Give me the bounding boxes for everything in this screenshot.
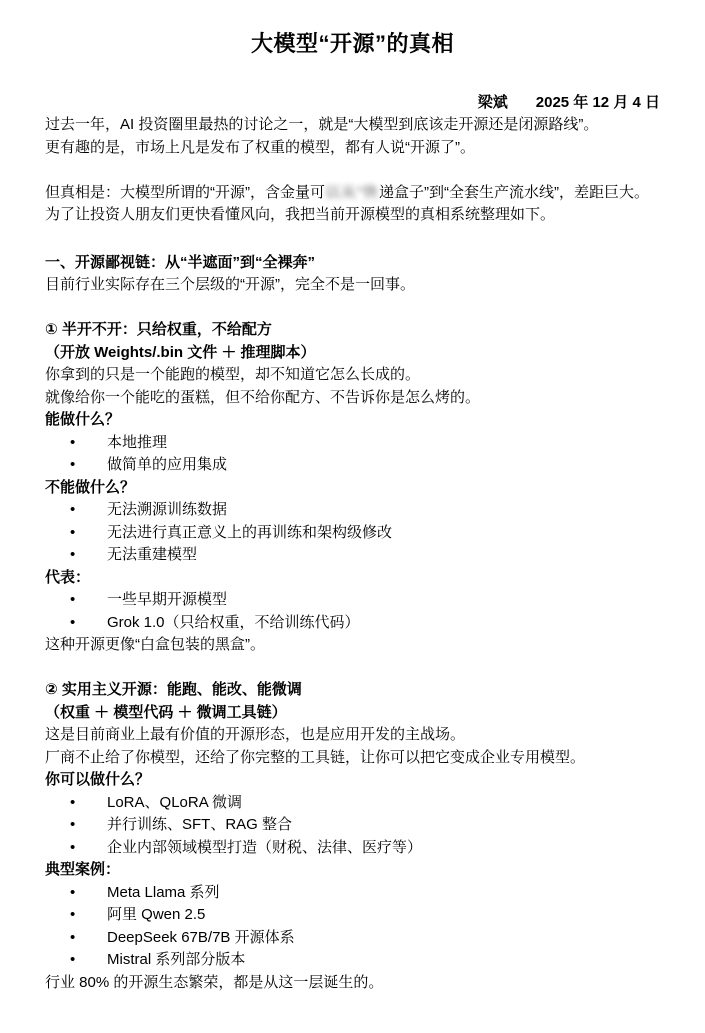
intro-paragraph2-line1: 但真相是：大模型所谓的“开源”，含金量可以从“快递盒子”到“全套生产流水线”，差…: [45, 182, 660, 205]
list-item-text: 企业内部领域模型打造（财税、法律、医疗等）: [107, 839, 422, 856]
bullet-icon: •: [70, 499, 75, 522]
tier1-can-list: •本地推理 •做简单的应用集成: [45, 432, 660, 477]
tier2-closing: 行业 80% 的开源生态繁荣，都是从这一层诞生的。: [45, 972, 660, 995]
list-item: •无法重建模型: [45, 544, 660, 567]
paragraph2-text-post: 递盒子”到“全套生产流水线”，差距巨大。: [379, 184, 649, 201]
list-item: •Meta Llama 系列: [45, 882, 660, 905]
tier2-can-label: 你可以做什么？: [45, 769, 660, 792]
byline-date: 2025 年 12 月 4 日: [536, 94, 660, 111]
tier2-cases-list: •Meta Llama 系列 •阿里 Qwen 2.5 •DeepSeek 67…: [45, 882, 660, 972]
list-item: •Mistral 系列部分版本: [45, 949, 660, 972]
tier2-desc2: 厂商不止给了你模型，还给了你完整的工具链，让你可以把它变成企业专用模型。: [45, 747, 660, 770]
list-item-text: 做简单的应用集成: [107, 456, 227, 473]
tier2-desc1: 这是目前商业上最有价值的开源形态，也是应用开发的主战场。: [45, 724, 660, 747]
intro-paragraph1-line1: 过去一年，AI 投资圈里最热的讨论之一，就是“大模型到底该走开源还是闭源路线”。: [45, 114, 660, 137]
bullet-icon: •: [70, 544, 75, 567]
list-item: •阿里 Qwen 2.5: [45, 904, 660, 927]
blank-line: [45, 297, 660, 320]
list-item: •本地推理: [45, 432, 660, 455]
list-item: •企业内部领域模型打造（财税、法律、医疗等）: [45, 837, 660, 860]
intro-paragraph1-line2: 更有趣的是，市场上凡是发布了权重的模型，都有人说“开源了”。: [45, 137, 660, 160]
bullet-icon: •: [70, 904, 75, 927]
list-item-text: 无法进行真正意义上的再训练和架构级修改: [107, 524, 392, 541]
tier2-can-list: •LoRA、QLoRA 微调 •并行训练、SFT、RAG 整合 •企业内部领域模…: [45, 792, 660, 860]
bullet-icon: •: [70, 882, 75, 905]
list-item-text: Grok 1.0（只给权重，不给训练代码）: [107, 614, 360, 631]
list-item-text: 并行训练、SFT、RAG 整合: [107, 816, 292, 833]
list-item-text: 阿里 Qwen 2.5: [107, 906, 205, 923]
list-item: •无法进行真正意义上的再训练和架构级修改: [45, 522, 660, 545]
list-item-text: 无法溯源训练数据: [107, 501, 227, 518]
tier1-representatives-label: 代表：: [45, 567, 660, 590]
document-page: 大模型“开源”的真相 梁斌2025 年 12 月 4 日 过去一年，AI 投资圈…: [0, 0, 705, 1033]
tier1-can-label: 能做什么？: [45, 409, 660, 432]
tier1-cannot-list: •无法溯源训练数据 •无法进行真正意义上的再训练和架构级修改 •无法重建模型: [45, 499, 660, 567]
bullet-icon: •: [70, 454, 75, 477]
list-item-text: 一些早期开源模型: [107, 591, 227, 608]
blank-line: [45, 159, 660, 182]
tier2-cases-label: 典型案例：: [45, 859, 660, 882]
bullet-icon: •: [70, 612, 75, 635]
byline: 梁斌2025 年 12 月 4 日: [45, 92, 660, 114]
redacted-blurred-text: 以从“快: [325, 184, 379, 201]
bullet-icon: •: [70, 949, 75, 972]
list-item: •做简单的应用集成: [45, 454, 660, 477]
bullet-icon: •: [70, 792, 75, 815]
section1-heading: 一、开源鄙视链：从“半遮面”到“全裸奔”: [45, 252, 660, 275]
tier1-desc1: 你拿到的只是一个能跑的模型，却不知道它怎么长成的。: [45, 364, 660, 387]
list-item-text: Meta Llama 系列: [107, 884, 220, 901]
list-item-text: 本地推理: [107, 434, 167, 451]
bullet-icon: •: [70, 814, 75, 837]
list-item: •Grok 1.0（只给权重，不给训练代码）: [45, 612, 660, 635]
tier1-representatives-list: •一些早期开源模型 •Grok 1.0（只给权重，不给训练代码）: [45, 589, 660, 634]
tier1-closing: 这种开源更像“白盒包装的黑盒”。: [45, 634, 660, 657]
paragraph2-text-pre: 但真相是：大模型所谓的“开源”，含金量可: [45, 184, 325, 201]
list-item: •无法溯源训练数据: [45, 499, 660, 522]
bullet-icon: •: [70, 837, 75, 860]
page-title: 大模型“开源”的真相: [45, 30, 660, 58]
list-item-text: DeepSeek 67B/7B 开源体系: [107, 929, 295, 946]
tier1-desc2: 就像给你一个能吃的蛋糕，但不给你配方、不告诉你是怎么烤的。: [45, 387, 660, 410]
list-item: •并行训练、SFT、RAG 整合: [45, 814, 660, 837]
blank-line: [45, 227, 660, 252]
list-item: •DeepSeek 67B/7B 开源体系: [45, 927, 660, 950]
tier2-subheading: （权重 ＋ 模型代码 ＋ 微调工具链）: [45, 702, 660, 725]
bullet-icon: •: [70, 432, 75, 455]
list-item-text: 无法重建模型: [107, 546, 197, 563]
intro-paragraph2-line2: 为了让投资人朋友们更快看懂风向，我把当前开源模型的真相系统整理如下。: [45, 204, 660, 227]
list-item: •一些早期开源模型: [45, 589, 660, 612]
list-item-text: LoRA、QLoRA 微调: [107, 794, 242, 811]
bullet-icon: •: [70, 927, 75, 950]
section1-lead: 目前行业实际存在三个层级的“开源”，完全不是一回事。: [45, 274, 660, 297]
list-item: •LoRA、QLoRA 微调: [45, 792, 660, 815]
tier1-cannot-label: 不能做什么？: [45, 477, 660, 500]
tier1-subheading: （开放 Weights/.bin 文件 ＋ 推理脚本）: [45, 342, 660, 365]
bullet-icon: •: [70, 522, 75, 545]
list-item-text: Mistral 系列部分版本: [107, 951, 245, 968]
bullet-icon: •: [70, 589, 75, 612]
byline-author: 梁斌: [478, 94, 508, 111]
tier1-heading: ① 半开不开：只给权重，不给配方: [45, 319, 660, 342]
tier2-heading: ② 实用主义开源：能跑、能改、能微调: [45, 679, 660, 702]
blank-line: [45, 657, 660, 680]
